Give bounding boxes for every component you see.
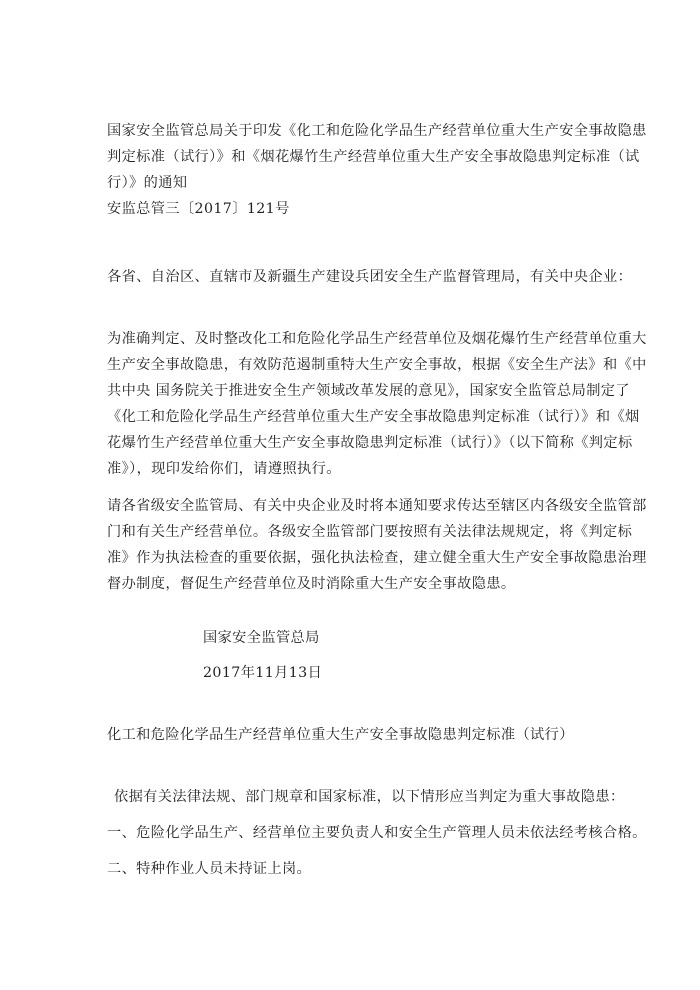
addressee: 各省、自治区、直辖市及新疆生产建设兵团安全生产监督管理局，有关中央企业： — [107, 264, 597, 291]
paragraph-1-line-4: 《化工和危险化学品生产经营单位重大生产安全事故隐患判定标准（试行）》和《烟 — [107, 404, 597, 431]
signature-issuer: 国家安全监管总局 — [203, 625, 693, 652]
paragraph-1-line-5: 花爆竹生产经营单位重大生产安全事故隐患判定标准（试行）》（以下简称《判定标 — [107, 430, 597, 457]
standard-item-2: 二、特种作业人员未持证上岗。 — [107, 856, 597, 883]
document-number: 安监总管三〔2017〕121号 — [107, 196, 597, 223]
paragraph-2-line-4: 督办制度，督促生产经营单位及时消除重大生产安全事故隐患。 — [107, 571, 597, 598]
notice-title-line-2: 判定标准（试行）》和《烟花爆竹生产经营单位重大生产安全事故隐患判定标准（试 — [107, 144, 597, 171]
standard-intro: 依据有关法律法规、部门规章和国家标准，以下情形应当判定为重大事故隐患： — [114, 784, 604, 811]
paragraph-2-line-3: 准》作为执法检查的重要依据，强化执法检查，建立健全重大生产安全事故隐患治理 — [107, 545, 597, 572]
paragraph-1-line-6: 准》），现印发给你们，请遵照执行。 — [107, 456, 597, 483]
notice-title-line-3: 行）》的通知 — [107, 170, 597, 197]
notice-title-line-1: 国家安全监管总局关于印发《化工和危险化学品生产经营单位重大生产安全事故隐患 — [107, 118, 597, 145]
paragraph-1-line-2: 生产安全事故隐患，有效防范遏制重特大生产安全事故，根据《安全生产法》和《中 — [107, 352, 597, 379]
paragraph-1-line-1: 为准确判定、及时整改化工和危险化学品生产经营单位及烟花爆竹生产经营单位重大 — [107, 326, 597, 353]
standard-title: 化工和危险化学品生产经营单位重大生产安全事故隐患判定标准（试行） — [107, 722, 597, 749]
document-page: 国家安全监管总局关于印发《化工和危险化学品生产经营单位重大生产安全事故隐患 判定… — [0, 0, 700, 990]
signature-date: 2017年11月13日 — [203, 660, 693, 687]
standard-item-1: 一、危险化学品生产、经营单位主要负责人和安全生产管理人员未依法经考核合格。 — [107, 820, 597, 847]
paragraph-2-line-2: 门和有关生产经营单位。各级安全监管部门要按照有关法律法规规定，将《判定标 — [107, 519, 597, 546]
paragraph-1-line-3: 共中央 国务院关于推进安全生产领域改革发展的意见》，国家安全监管总局制定了 — [107, 378, 597, 405]
paragraph-2-line-1: 请各省级安全监管局、有关中央企业及时将本通知要求传达至辖区内各级安全监管部 — [107, 493, 597, 520]
